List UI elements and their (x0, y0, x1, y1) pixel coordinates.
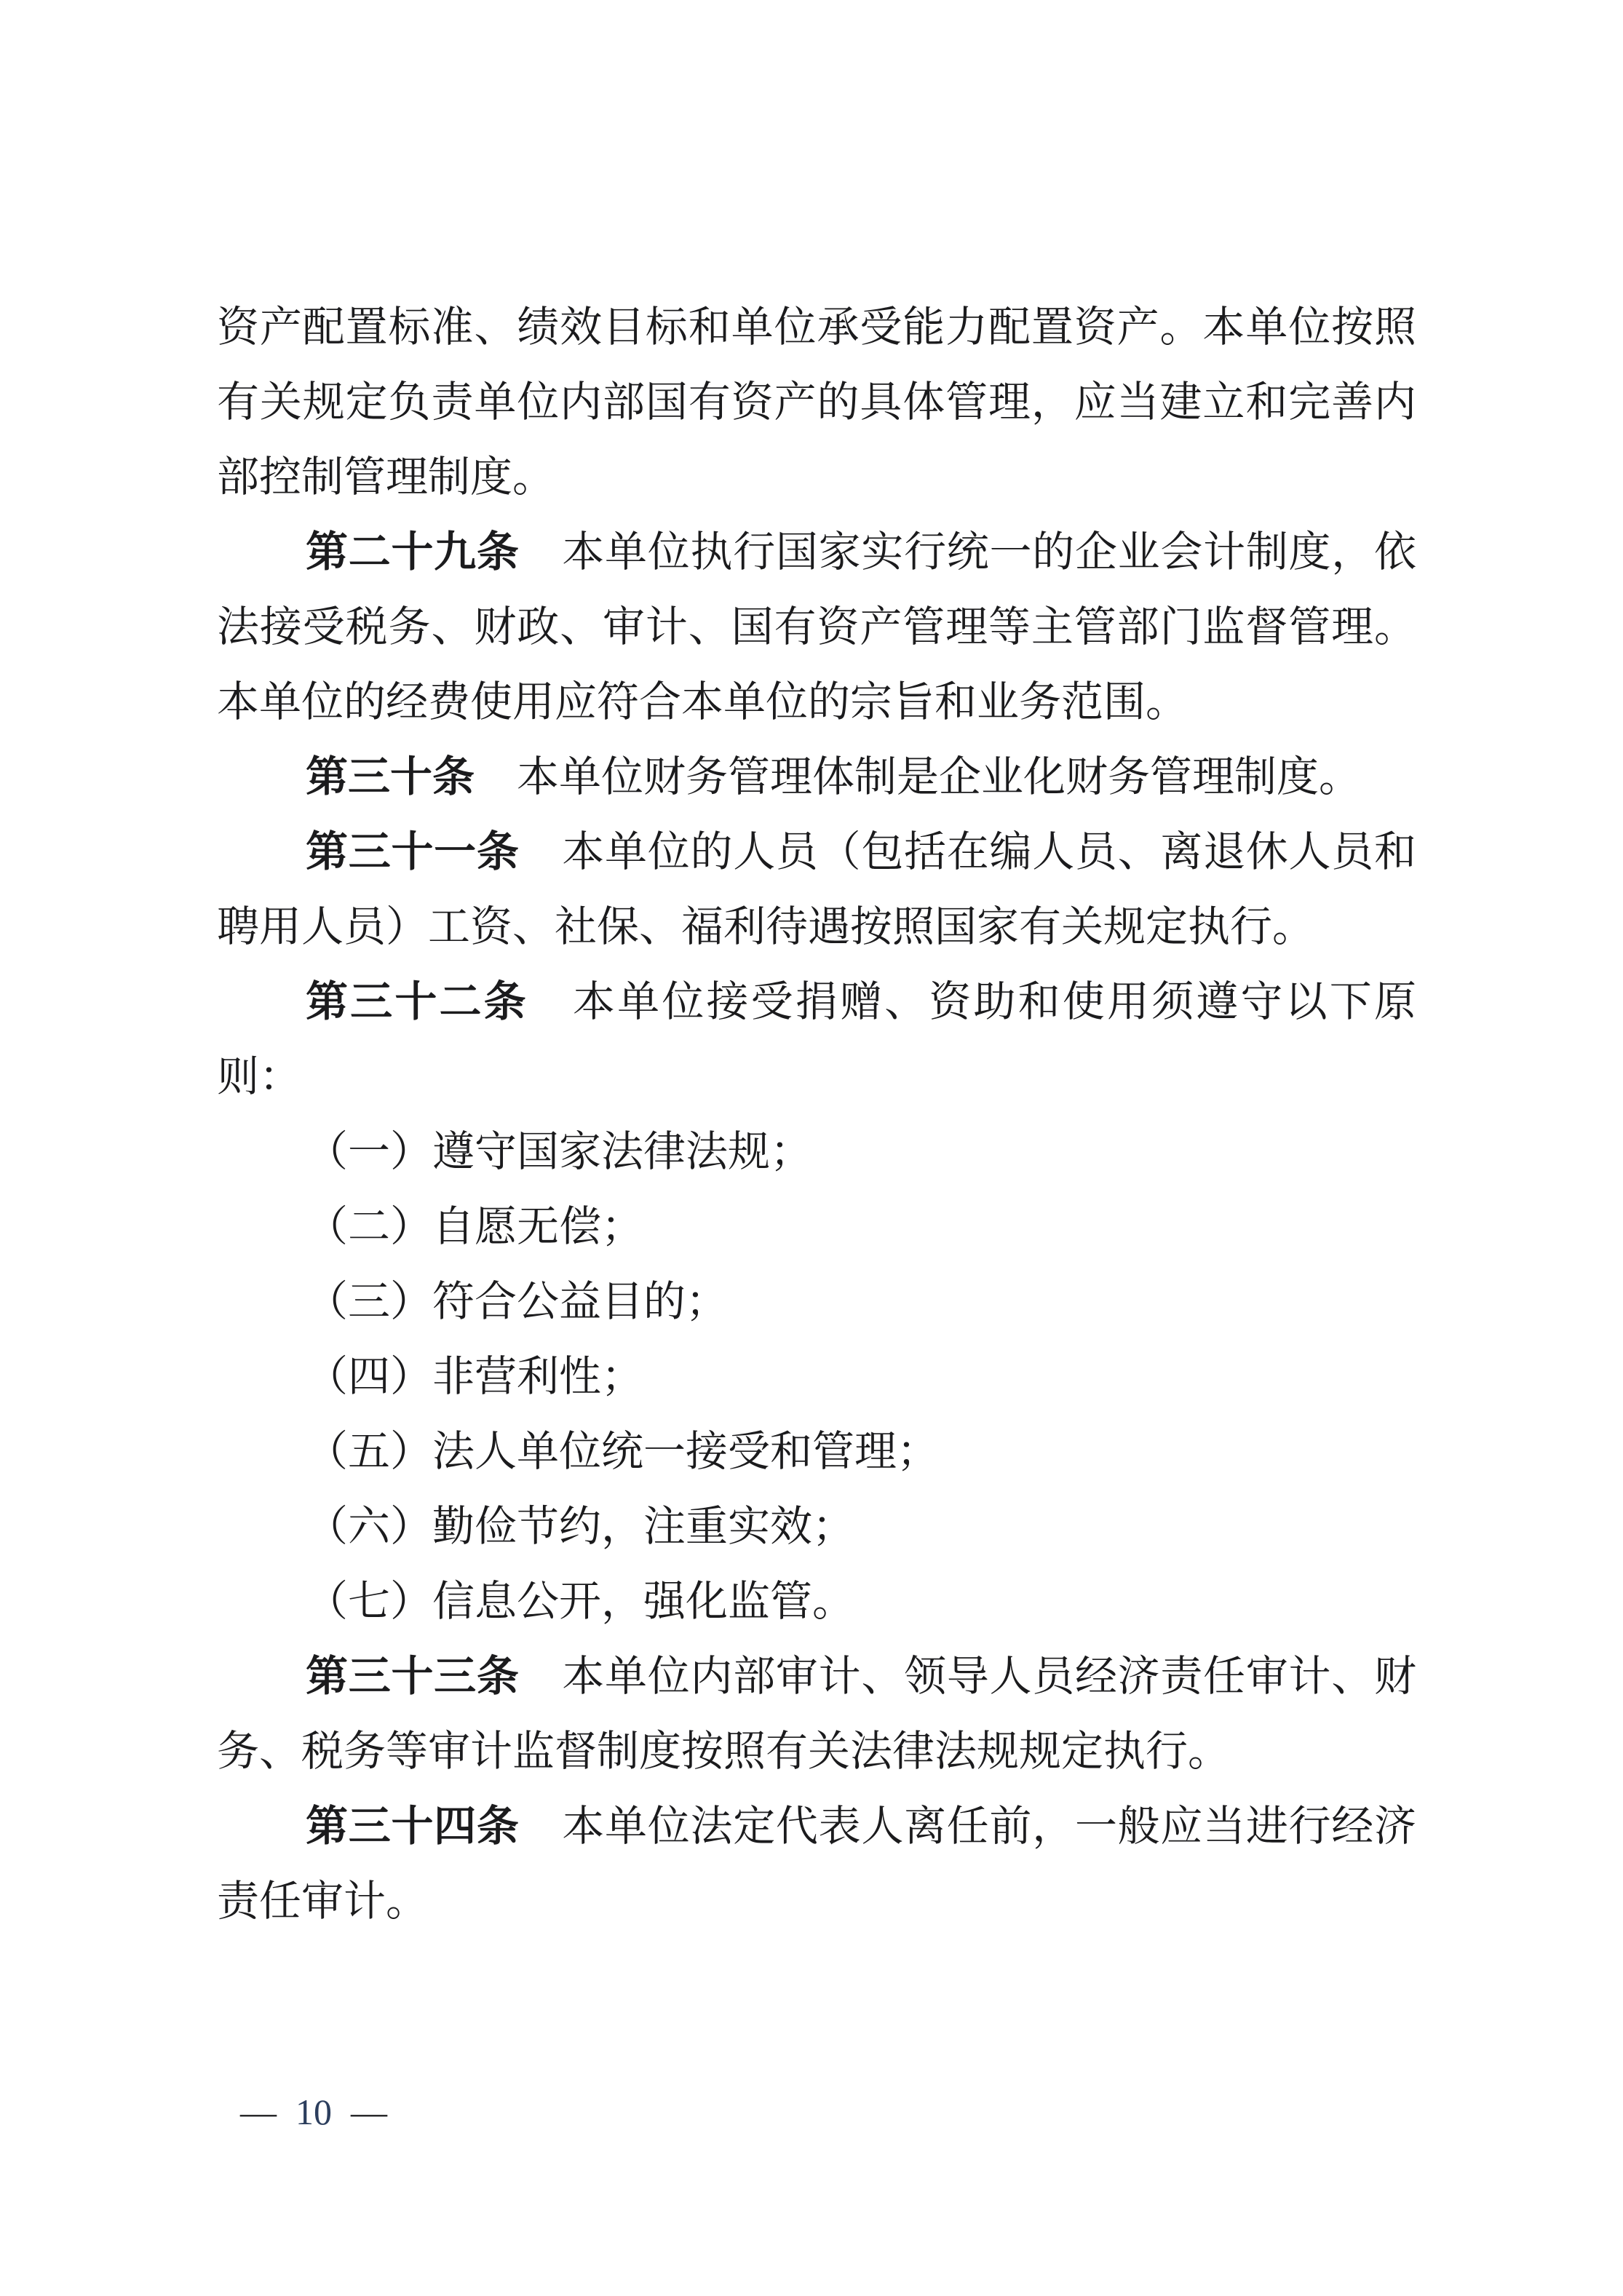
text-line: 务、税务等审计监督制度按照有关法律法规规定执行。 (217, 1714, 1416, 1789)
article-number: 第三十四条 (306, 1803, 520, 1850)
line-text: 本单位的经费使用应符合本单位的宗旨和业务范围。 (217, 678, 1188, 726)
article-number: 第二十九条 (306, 528, 520, 576)
page-number-left-dash: — (240, 2091, 277, 2133)
article-number: 第三十条 (306, 753, 475, 801)
page-number-value: 10 (295, 2091, 332, 2133)
text-line: （二）自愿无偿； (217, 1189, 1416, 1264)
line-text: （二）自愿无偿； (306, 1203, 643, 1250)
line-text: 本单位法定代表人离任前，一般应当进行经济 (520, 1803, 1416, 1850)
page-number: — 10 — (240, 2083, 387, 2141)
line-text: （六）勤俭节约，注重实效； (306, 1503, 854, 1550)
line-text: 本单位执行国家实行统一的企业会计制度，依 (520, 528, 1416, 576)
document-page: 资产配置标准、绩效目标和单位承受能力配置资产。本单位按照有关规定负责单位内部国有… (0, 0, 1623, 2296)
text-line: （一）遵守国家法律法规； (217, 1114, 1416, 1189)
text-line: 聘用人员）工资、社保、福利待遇按照国家有关规定执行。 (217, 889, 1416, 964)
line-text: 本单位财务管理体制是企业化财务管理制度。 (475, 753, 1361, 801)
line-text: 本单位接受捐赠、资助和使用须遵守以下原 (528, 978, 1416, 1025)
text-line: 第三十一条 本单位的人员（包括在编人员、离退休人员和 (217, 814, 1416, 889)
line-text: 本单位内部审计、领导人员经济责任审计、财 (520, 1653, 1416, 1700)
text-line: 部控制管理制度。 (217, 440, 1416, 515)
line-text: 则： (217, 1053, 301, 1100)
line-text: 资产配置标准、绩效目标和单位承受能力配置资产。本单位按照 (217, 303, 1416, 351)
document-text-block: 资产配置标准、绩效目标和单位承受能力配置资产。本单位按照有关规定负责单位内部国有… (217, 290, 1416, 1939)
text-line: （三）符合公益目的； (217, 1264, 1416, 1339)
text-line: （五）法人单位统一接受和管理； (217, 1414, 1416, 1489)
text-line: 第二十九条 本单位执行国家实行统一的企业会计制度，依 (217, 515, 1416, 589)
line-text: （五）法人单位统一接受和管理； (306, 1428, 939, 1475)
text-line: 有关规定负责单位内部国有资产的具体管理，应当建立和完善内 (217, 365, 1416, 440)
text-line: 责任审计。 (217, 1864, 1416, 1939)
article-number: 第三十二条 (306, 978, 528, 1025)
line-text: 有关规定负责单位内部国有资产的具体管理，应当建立和完善内 (217, 378, 1416, 426)
line-text: （三）符合公益目的； (306, 1278, 728, 1325)
text-line: 第三十二条 本单位接受捐赠、资助和使用须遵守以下原 (217, 964, 1416, 1039)
line-text: （七）信息公开，强化监管。 (306, 1578, 854, 1625)
article-number: 第三十一条 (306, 828, 520, 875)
text-line: 第三十四条 本单位法定代表人离任前，一般应当进行经济 (217, 1789, 1416, 1864)
text-line: 则： (217, 1039, 1416, 1114)
line-text: （四）非营利性； (306, 1353, 643, 1400)
text-line: （六）勤俭节约，注重实效； (217, 1489, 1416, 1564)
line-text: 务、税务等审计监督制度按照有关法律法规规定执行。 (217, 1728, 1230, 1775)
article-number: 第三十三条 (306, 1653, 520, 1700)
line-text: 责任审计。 (217, 1878, 428, 1925)
text-line: 第三十三条 本单位内部审计、领导人员经济责任审计、财 (217, 1639, 1416, 1714)
line-text: 聘用人员）工资、社保、福利待遇按照国家有关规定执行。 (217, 903, 1314, 950)
text-line: 本单位的经费使用应符合本单位的宗旨和业务范围。 (217, 664, 1416, 739)
text-line: （七）信息公开，强化监管。 (217, 1564, 1416, 1639)
text-line: 第三十条 本单位财务管理体制是企业化财务管理制度。 (217, 739, 1416, 814)
text-line: 法接受税务、财政、审计、国有资产管理等主管部门监督管理。 (217, 589, 1416, 664)
line-text: （一）遵守国家法律法规； (306, 1128, 812, 1175)
line-text: 部控制管理制度。 (217, 453, 555, 501)
line-text: 法接受税务、财政、审计、国有资产管理等主管部门监督管理。 (217, 603, 1416, 651)
line-text: 本单位的人员（包括在编人员、离退休人员和 (520, 828, 1416, 875)
text-line: （四）非营利性； (217, 1339, 1416, 1414)
page-number-right-dash: — (351, 2091, 387, 2133)
text-line: 资产配置标准、绩效目标和单位承受能力配置资产。本单位按照 (217, 290, 1416, 365)
